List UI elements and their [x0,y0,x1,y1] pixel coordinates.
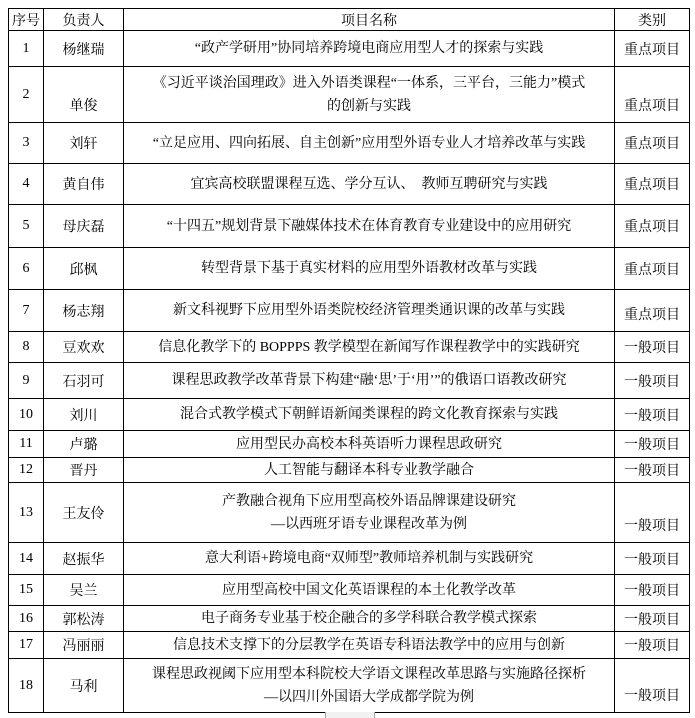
leader-cell: 黄自伟 [44,164,124,205]
table-row: 6 邱枫 转型背景下基于真实材料的应用型外语教材改革与实践 重点项目 [9,248,690,290]
table-row: 18 马利 课程思政视阈下应用型本科院校大学语文课程改革思路与实施路径探析 —以… [9,659,690,713]
project-cell: 混合式教学模式下朝鲜语新闻类课程的跨文化教育探索与实践 [124,399,615,431]
category-cell: 一般项目 [615,363,690,399]
row-number-cell: 1 [9,31,44,67]
scrollbar-thumb[interactable] [325,712,375,718]
row-number-cell: 12 [9,458,44,483]
leader-cell: 石羽可 [44,363,124,399]
table-row: 9 石羽可 课程思政教学改革背景下构建“融‘思’于‘用’”的俄语口语教改研究 一… [9,363,690,399]
project-cell: 信息技术支撑下的分层教学在英语专科语法教学中的应用与创新 [124,632,615,659]
row-number-cell: 3 [9,123,44,164]
category-cell: 一般项目 [615,431,690,458]
table-row: 17 冯丽丽 信息技术支撑下的分层教学在英语专科语法教学中的应用与创新 一般项目 [9,632,690,659]
category-cell: 一般项目 [615,632,690,659]
table-row: 11 卢璐 应用型民办高校本科英语听力课程思政研究 一般项目 [9,431,690,458]
header-project: 项目名称 [124,9,615,31]
table-row: 15 吴兰 应用型高校中国文化英语课程的本土化教学改革 一般项目 [9,575,690,606]
project-cell: 宜宾高校联盟课程互选、学分互认、 教师互聘研究与实践 [124,164,615,205]
category-cell: 重点项目 [615,123,690,164]
leader-cell: 邱枫 [44,248,124,290]
table-row: 2 单俊 《习近平谈治国理政》进入外语类课程“一体系，三平台，三能力”模式 的创… [9,67,690,123]
leader-cell: 郭松涛 [44,606,124,632]
row-number-cell: 4 [9,164,44,205]
leader-cell: 卢璐 [44,431,124,458]
project-cell: “十四五”规划背景下融媒体技术在体育教育专业建设中的应用研究 [124,205,615,248]
row-number-cell: 7 [9,290,44,332]
category-cell: 一般项目 [615,399,690,431]
leader-cell: 豆欢欢 [44,332,124,363]
category-cell: 重点项目 [615,205,690,248]
project-table-container: 序号 负责人 项目名称 类别 1 杨继瑞 “政产学研用”协同培养跨境电商应用型人… [8,8,690,713]
category-cell: 一般项目 [615,332,690,363]
leader-cell: 单俊 [44,67,124,123]
table-row: 7 杨志翔 新文科视野下应用型外语类院校经济管理类通识课的改革与实践 重点项目 [9,290,690,332]
category-cell: 一般项目 [615,575,690,606]
leader-cell: 杨继瑞 [44,31,124,67]
category-cell: 一般项目 [615,543,690,575]
header-leader: 负责人 [44,9,124,31]
project-cell: 《习近平谈治国理政》进入外语类课程“一体系，三平台，三能力”模式 的创新与实践 [124,67,615,123]
leader-cell: 刘轩 [44,123,124,164]
category-cell: 重点项目 [615,31,690,67]
project-cell: 人工智能与翻译本科专业教学融合 [124,458,615,483]
table-row: 4 黄自伟 宜宾高校联盟课程互选、学分互认、 教师互聘研究与实践 重点项目 [9,164,690,205]
leader-cell: 晋丹 [44,458,124,483]
table-row: 8 豆欢欢 信息化教学下的 BOPPPS 教学模型在新闻写作课程教学中的实践研究… [9,332,690,363]
row-number-cell: 11 [9,431,44,458]
category-cell: 一般项目 [615,659,690,713]
table-header-row: 序号 负责人 项目名称 类别 [9,9,690,31]
category-cell: 一般项目 [615,458,690,483]
row-number-cell: 9 [9,363,44,399]
project-cell: 新文科视野下应用型外语类院校经济管理类通识课的改革与实践 [124,290,615,332]
project-cell: 产教融合视角下应用型高校外语品牌课建设研究 —以西班牙语专业课程改革为例 [124,483,615,543]
row-number-cell: 18 [9,659,44,713]
table-row: 16 郭松涛 电子商务专业基于校企融合的多学科联合教学模式探索 一般项目 [9,606,690,632]
category-cell: 重点项目 [615,164,690,205]
row-number-cell: 17 [9,632,44,659]
project-cell: 电子商务专业基于校企融合的多学科联合教学模式探索 [124,606,615,632]
table-row: 12 晋丹 人工智能与翻译本科专业教学融合 一般项目 [9,458,690,483]
project-table: 序号 负责人 项目名称 类别 1 杨继瑞 “政产学研用”协同培养跨境电商应用型人… [8,8,690,713]
project-cell: 应用型高校中国文化英语课程的本土化教学改革 [124,575,615,606]
project-cell: 应用型民办高校本科英语听力课程思政研究 [124,431,615,458]
category-cell: 一般项目 [615,483,690,543]
row-number-cell: 15 [9,575,44,606]
row-number-cell: 6 [9,248,44,290]
category-cell: 重点项目 [615,290,690,332]
header-no: 序号 [9,9,44,31]
leader-cell: 刘川 [44,399,124,431]
row-number-cell: 8 [9,332,44,363]
project-cell: 转型背景下基于真实材料的应用型外语教材改革与实践 [124,248,615,290]
leader-cell: 吴兰 [44,575,124,606]
project-cell: “政产学研用”协同培养跨境电商应用型人才的探索与实践 [124,31,615,67]
leader-cell: 母庆磊 [44,205,124,248]
row-number-cell: 14 [9,543,44,575]
table-row: 10 刘川 混合式教学模式下朝鲜语新闻类课程的跨文化教育探索与实践 一般项目 [9,399,690,431]
category-cell: 重点项目 [615,248,690,290]
table-row: 14 赵振华 意大利语+跨境电商“双师型”教师培养机制与实践研究 一般项目 [9,543,690,575]
table-row: 3 刘轩 “立足应用、四向拓展、自主创新”应用型外语专业人才培养改革与实践 重点… [9,123,690,164]
category-cell: 一般项目 [615,606,690,632]
table-row: 5 母庆磊 “十四五”规划背景下融媒体技术在体育教育专业建设中的应用研究 重点项… [9,205,690,248]
header-category: 类别 [615,9,690,31]
row-number-cell: 2 [9,67,44,123]
category-cell: 重点项目 [615,67,690,123]
table-row: 13 王友伶 产教融合视角下应用型高校外语品牌课建设研究 —以西班牙语专业课程改… [9,483,690,543]
leader-cell: 王友伶 [44,483,124,543]
project-cell: 意大利语+跨境电商“双师型”教师培养机制与实践研究 [124,543,615,575]
leader-cell: 冯丽丽 [44,632,124,659]
leader-cell: 赵振华 [44,543,124,575]
project-cell: “立足应用、四向拓展、自主创新”应用型外语专业人才培养改革与实践 [124,123,615,164]
row-number-cell: 16 [9,606,44,632]
leader-cell: 马利 [44,659,124,713]
table-row: 1 杨继瑞 “政产学研用”协同培养跨境电商应用型人才的探索与实践 重点项目 [9,31,690,67]
project-cell: 课程思政教学改革背景下构建“融‘思’于‘用’”的俄语口语教改研究 [124,363,615,399]
leader-cell: 杨志翔 [44,290,124,332]
row-number-cell: 10 [9,399,44,431]
project-cell: 信息化教学下的 BOPPPS 教学模型在新闻写作课程教学中的实践研究 [124,332,615,363]
project-cell: 课程思政视阈下应用型本科院校大学语文课程改革思路与实施路径探析 —以四川外国语大… [124,659,615,713]
row-number-cell: 13 [9,483,44,543]
row-number-cell: 5 [9,205,44,248]
